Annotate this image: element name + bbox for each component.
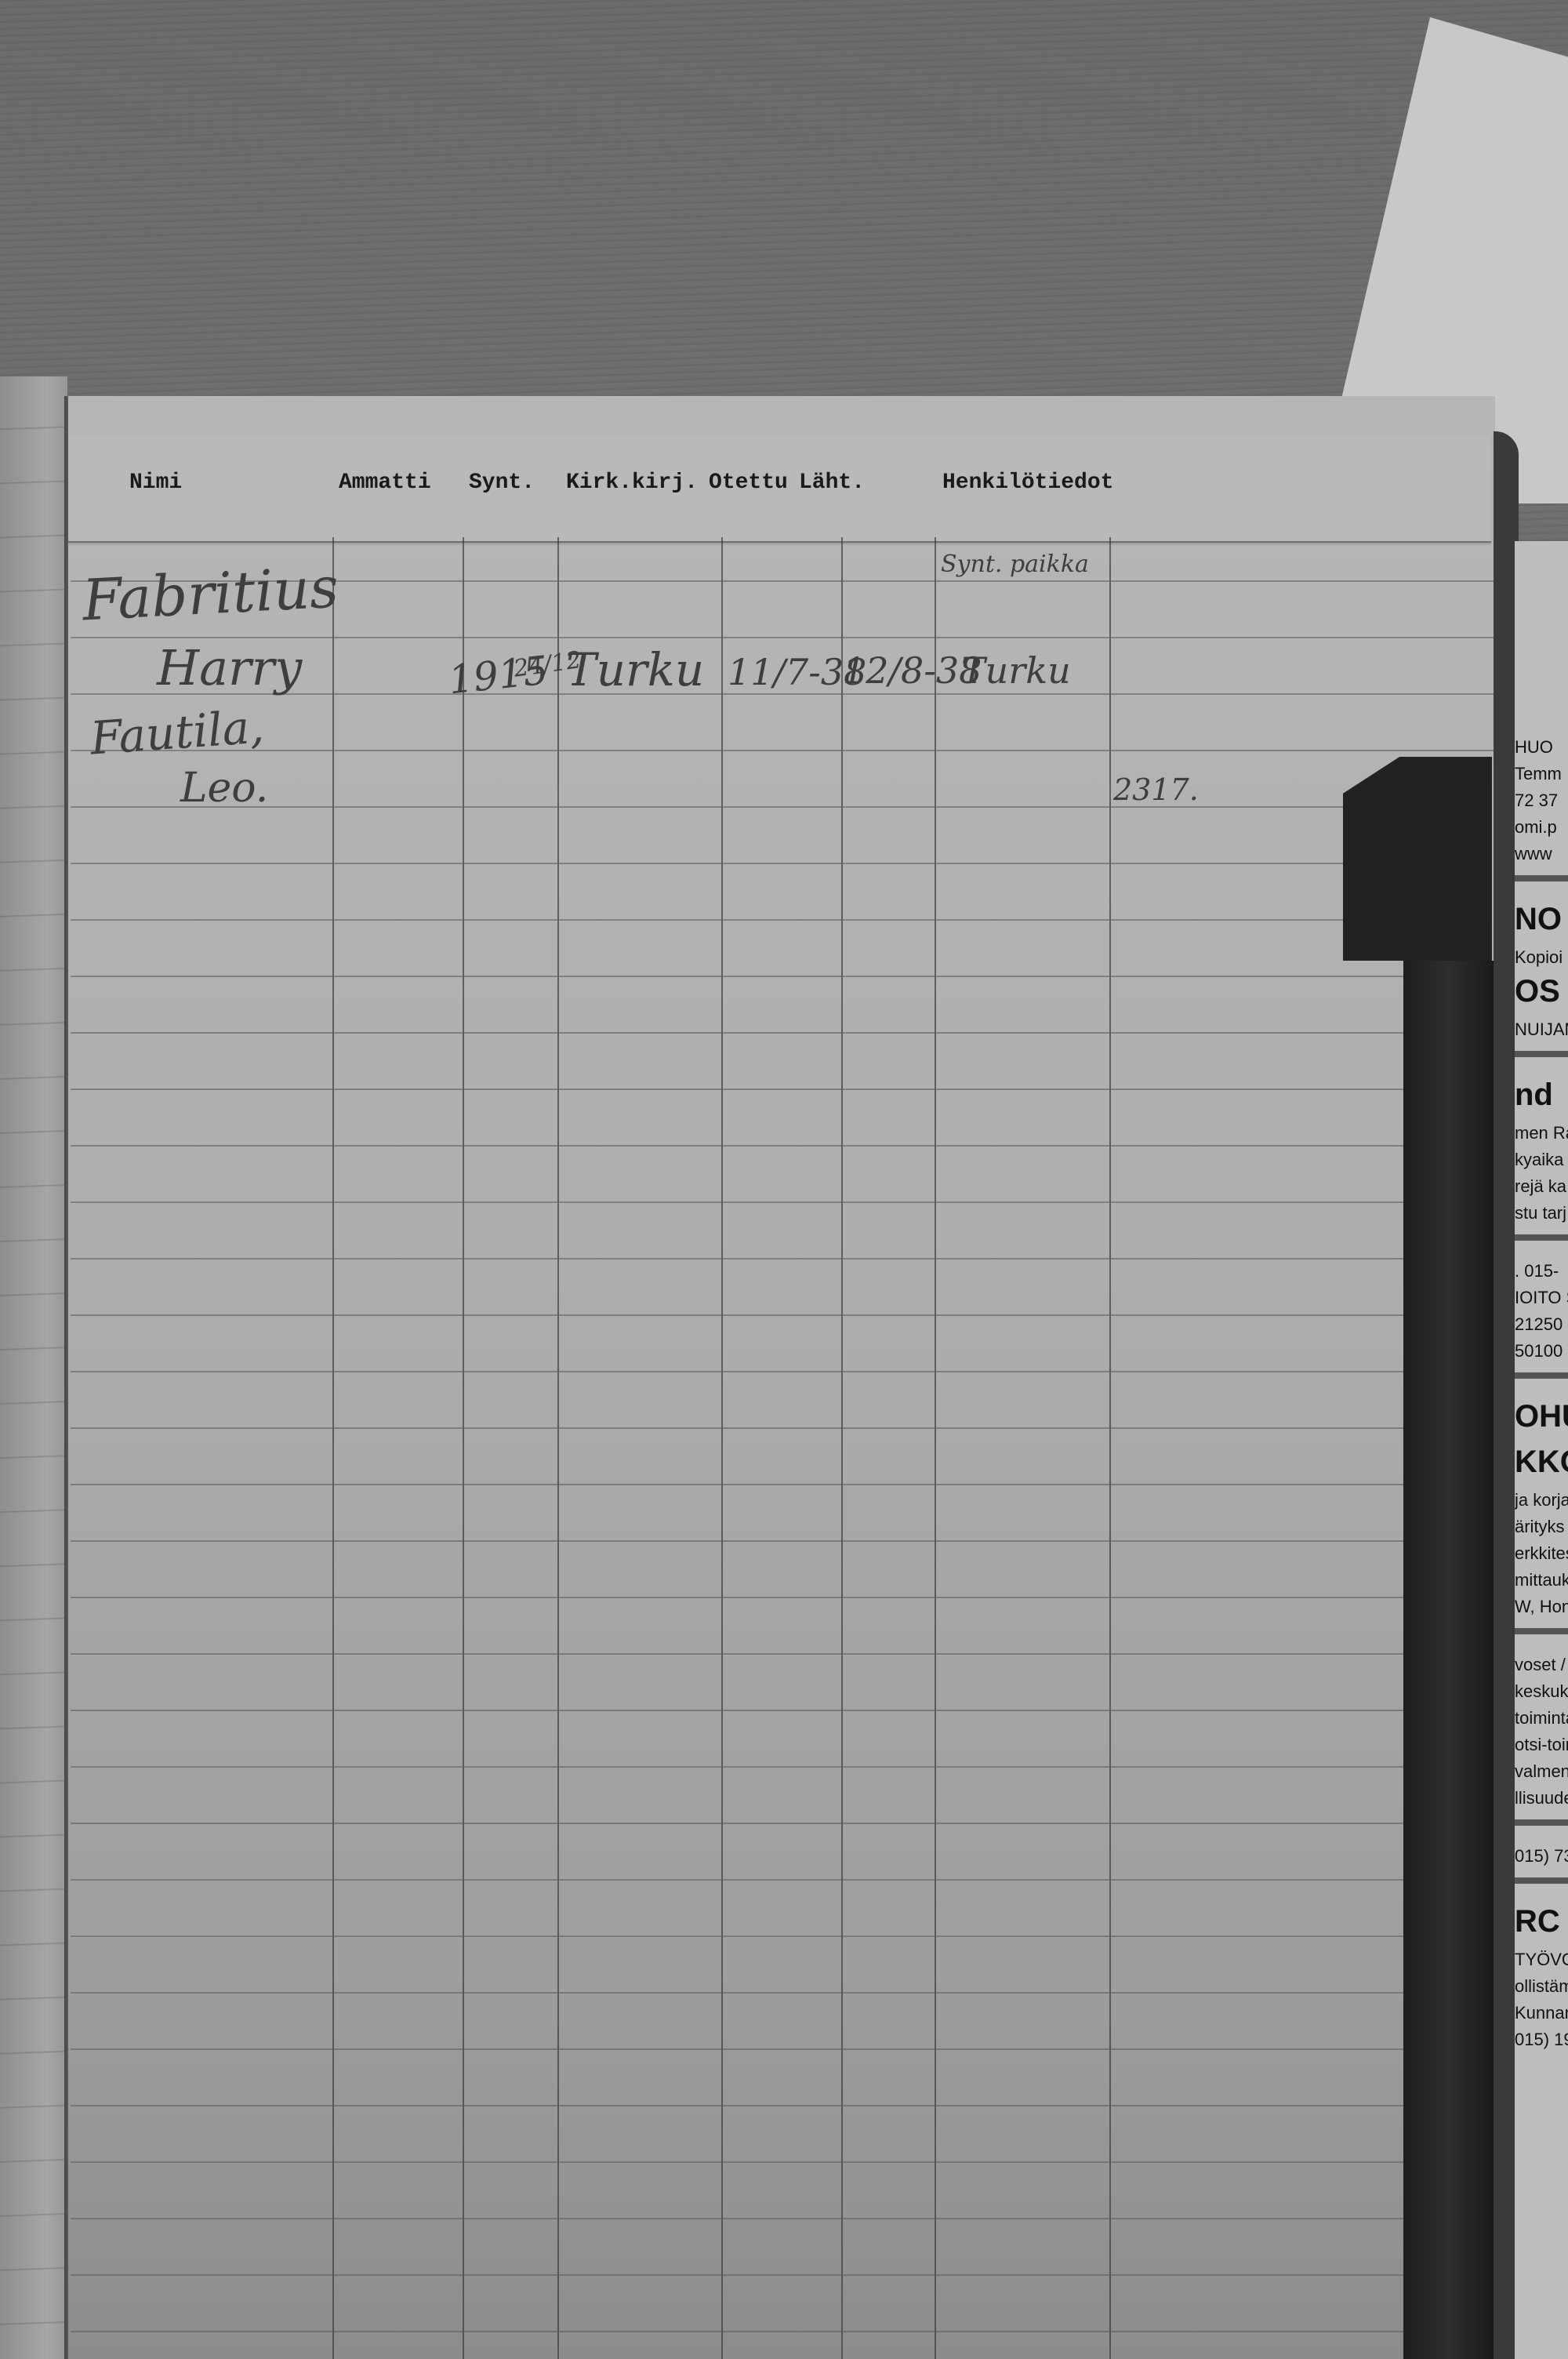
row-rule (71, 750, 1494, 751)
entry-2-note-number: 2317. (1113, 772, 1199, 807)
entry-2-firstname: Leo. (180, 765, 268, 812)
entry-1-firstname: Harry (157, 639, 302, 696)
row-rule (71, 1371, 1403, 1372)
clipping-text-fragment: Kopioi (1515, 947, 1568, 968)
index-tabs-stack (1403, 961, 1494, 2359)
row-rule (71, 1484, 1403, 1485)
clipping-separator (1515, 1877, 1568, 1884)
clipping-text-fragment: kyaika (1515, 1150, 1568, 1170)
row-rule (71, 919, 1403, 921)
row-rule (71, 1710, 1403, 1711)
row-rule (71, 1032, 1403, 1034)
clipping-text-fragment: men Ra (1515, 1123, 1568, 1143)
clipping-text-fragment: toimintaa (1515, 1708, 1568, 1728)
clipping-text-fragment: KKO (1515, 1445, 1568, 1480)
row-rule (71, 863, 1403, 864)
row-rule (71, 1314, 1403, 1316)
clipping-text-fragment: voset / (1515, 1655, 1568, 1675)
row-rule (71, 1992, 1403, 1994)
clipping-separator (1515, 1372, 1568, 1379)
column-header-nimi: Nimi (129, 471, 182, 495)
clipping-separator (1515, 1628, 1568, 1634)
clipping-text-fragment: 015) 737 (1515, 1846, 1568, 1866)
row-rule (71, 806, 1403, 808)
clipping-text-fragment: 015) 194 (1515, 2030, 1568, 2050)
column-rule (1109, 537, 1111, 2359)
entry-1-surname: Fabritius (81, 554, 340, 634)
clipping-text-fragment: Kunnanm (1515, 2003, 1568, 2023)
clipping-text-fragment: ja korja (1515, 1490, 1568, 1510)
row-rule (71, 1427, 1403, 1429)
clipping-separator (1515, 1051, 1568, 1057)
row-rule (71, 1879, 1403, 1881)
clipping-text-fragment: IOITO S (1515, 1288, 1568, 1308)
clipping-text-fragment: keskukse (1515, 1681, 1568, 1702)
clipping-text-fragment: stu tarj (1515, 1203, 1568, 1223)
row-rule (71, 1653, 1403, 1655)
row-rule (71, 1597, 1403, 1598)
previous-page-edge (0, 376, 67, 2359)
clipping-text-fragment: TYÖVOIM (1515, 1950, 1568, 1970)
clipping-text-fragment: rejä ka (1515, 1176, 1568, 1197)
clipping-text-fragment: omi.p (1515, 817, 1568, 838)
row-rule (71, 1089, 1403, 1090)
clipping-text-fragment: www (1515, 844, 1568, 864)
column-rule (463, 537, 464, 2359)
clipping-text-fragment: W, Hond (1515, 1597, 1568, 1617)
row-rule (71, 2218, 1403, 2219)
index-tab-top (1343, 757, 1492, 961)
clipping-separator (1515, 875, 1568, 881)
clipping-text-fragment: erkkites (1515, 1543, 1568, 1564)
clipping-separator (1515, 1819, 1568, 1826)
column-header-synt: Synt. (469, 471, 535, 495)
column-rule (935, 537, 936, 2359)
row-rule (71, 1540, 1403, 1542)
handwritten-subheader-birthplace: Synt. paikka (941, 551, 1089, 578)
row-rule (71, 2105, 1403, 2106)
newspaper-clipping-strip: HUOTemm72 37omi.pwwwNOKopioiOSNUIJAMIndm… (1515, 541, 1568, 2359)
column-rule (557, 537, 559, 2359)
clipping-text-fragment: ärityks (1515, 1517, 1568, 1537)
clipping-text-fragment: valmentaja (1515, 1761, 1568, 1782)
row-rule (71, 2048, 1403, 2050)
row-rule (71, 2161, 1403, 2163)
clipping-text-fragment: mittauks (1515, 1570, 1568, 1590)
row-rule (71, 1201, 1403, 1203)
clipping-text-fragment: 72 37 (1515, 791, 1568, 811)
column-header-otettu: Otettu (709, 471, 788, 495)
clipping-separator (1515, 1234, 1568, 1241)
row-rule (71, 637, 1494, 638)
entry-1-birthplace: Turku (961, 649, 1071, 692)
row-rule (71, 1936, 1403, 1937)
row-rule (71, 2331, 1403, 2332)
clipping-text-fragment: HUO (1515, 737, 1568, 758)
clipping-text-fragment: . 015- (1515, 1261, 1568, 1281)
entry-1-church-register: Turku (566, 643, 704, 696)
row-rule (71, 976, 1403, 977)
column-rule (841, 537, 843, 2359)
column-rule (332, 537, 334, 2359)
clipping-text-fragment: 50100 (1515, 1341, 1568, 1361)
clipping-text-fragment: NO (1515, 902, 1568, 937)
row-rule (71, 2274, 1403, 2276)
row-rule (71, 1145, 1403, 1147)
clipping-text-fragment: otsi-toimin (1515, 1735, 1568, 1755)
column-header-laht: Läht. (799, 471, 865, 495)
clipping-text-fragment: nd (1515, 1078, 1568, 1113)
column-header-kirk-kirj: Kirk.kirj. (566, 471, 698, 495)
clipping-text-fragment: Temm (1515, 764, 1568, 784)
clipping-text-fragment: NUIJAMI (1515, 1020, 1568, 1040)
clipping-text-fragment: llisuuden a (1515, 1788, 1568, 1808)
column-rule (721, 537, 723, 2359)
column-header-ammatti: Ammatti (339, 471, 431, 495)
clipping-text-fragment: OHU (1515, 1399, 1568, 1434)
clipping-text-fragment: RC (1515, 1904, 1568, 1939)
clipping-text-fragment: ollistämi (1515, 1976, 1568, 1997)
column-header-henkilotiedot: Henkilötiedot (942, 471, 1113, 495)
row-rule (71, 1258, 1403, 1259)
row-rule (71, 1766, 1403, 1768)
clipping-text-fragment: OS (1515, 974, 1568, 1009)
clipping-text-fragment: 21250 (1515, 1314, 1568, 1335)
row-rule (71, 1823, 1403, 1824)
